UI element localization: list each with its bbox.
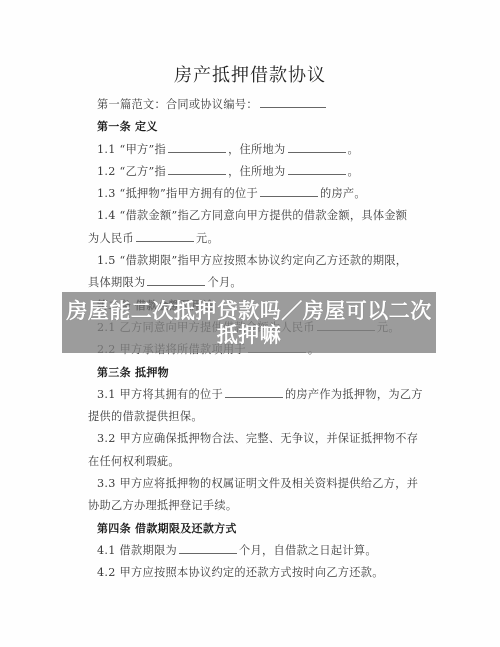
blank-field — [225, 389, 283, 398]
line-text: 。 — [348, 143, 360, 156]
blank-field — [260, 99, 326, 108]
blank-field — [136, 233, 194, 242]
line-text: 的房产。 — [320, 187, 366, 200]
blank-field — [168, 166, 226, 175]
line-text: 1.4 “借款金额”指乙方同意向甲方提供的借款金额，具体金额 — [97, 209, 407, 222]
overlay-title-banner: 房屋能二次抵押贷款吗／房屋可以二次抵押嘛 — [62, 292, 436, 353]
clause-3-3-continued: 协助乙方办理抵押登记手续。 — [88, 495, 409, 517]
line-text: 具体期限为 — [88, 276, 145, 289]
line-text: 1.3 “抵押物”指甲方拥有的位于 — [97, 187, 258, 200]
line-text: 4.2 甲方应按照本协议约定的还款方式按时向乙方还款。 — [97, 566, 384, 579]
blank-field — [147, 277, 205, 286]
blank-field — [288, 144, 346, 153]
clause-1-4: 1.4 “借款金额”指乙方同意向甲方提供的借款金额，具体金额 — [97, 205, 409, 227]
line-text: 1.1 “甲方”指 — [97, 143, 166, 156]
line-text: 1.5 “借款期限”指甲方应按照本协议约定向乙方还款的期限， — [97, 254, 407, 267]
clause-3-2: 3.2 甲方应确保抵押物合法、完整、无争议，并保证抵押物不存 — [97, 428, 409, 450]
line-text: 为人民币 — [88, 232, 134, 245]
line-text: 第一篇范文：合同或协议编号： — [97, 98, 258, 111]
document-page: 房产抵押借款协议 第一篇范文：合同或协议编号： 第一条 定义 1.1 “甲方”指… — [0, 0, 500, 647]
clause-4-1: 4.1 借款期限为个月，自借款之日起计算。 — [97, 540, 409, 562]
blank-field — [168, 144, 226, 153]
line-text: 。 — [348, 165, 360, 178]
section-heading-3: 第三条 抵押物 — [97, 362, 409, 384]
document-title: 房产抵押借款协议 — [0, 61, 500, 87]
blank-field — [179, 545, 237, 554]
line-text: 3.3 甲方应将抵押物的权属证明文件及相关资料提供给乙方，并 — [97, 477, 418, 490]
clause-3-1-continued: 提供的借款提供担保。 — [88, 406, 409, 428]
line-text: 4.1 借款期限为 — [97, 544, 177, 557]
line-text: 元。 — [196, 232, 219, 245]
line-text: ，住所地为 — [228, 143, 285, 156]
clause-1-1: 1.1 “甲方”指，住所地为。 — [97, 139, 409, 161]
line-text: 在任何权利瑕疵。 — [88, 455, 180, 468]
clause-1-5: 1.5 “借款期限”指甲方应按照本协议约定向乙方还款的期限， — [97, 250, 409, 272]
contract-number-line: 第一篇范文：合同或协议编号： — [97, 94, 409, 116]
section-heading-4: 第四条 借款期限及还款方式 — [97, 518, 409, 540]
overlay-title-text: 房屋能二次抵押贷款吗／房屋可以二次抵押嘛 — [62, 299, 436, 347]
clause-4-2: 4.2 甲方应按照本协议约定的还款方式按时向乙方还款。 — [97, 562, 409, 584]
clause-1-4-continued: 为人民币元。 — [88, 228, 409, 250]
clause-3-3: 3.3 甲方应将抵押物的权属证明文件及相关资料提供给乙方，并 — [97, 473, 409, 495]
blank-field — [288, 166, 346, 175]
line-text: 3.1 甲方将其拥有的位于 — [97, 388, 223, 401]
clause-1-2: 1.2 “乙方”指，住所地为。 — [97, 161, 409, 183]
section-heading-1: 第一条 定义 — [97, 116, 409, 138]
line-text: 个月。 — [207, 276, 241, 289]
line-text: 的房产作为抵押物，为乙方 — [285, 388, 423, 401]
blank-field — [260, 188, 318, 197]
line-text: 提供的借款提供担保。 — [88, 410, 203, 423]
line-text: 3.2 甲方应确保抵押物合法、完整、无争议，并保证抵押物不存 — [97, 432, 418, 445]
line-text: 协助乙方办理抵押登记手续。 — [88, 499, 237, 512]
clause-1-3: 1.3 “抵押物”指甲方拥有的位于的房产。 — [97, 183, 409, 205]
line-text: 1.2 “乙方”指 — [97, 165, 166, 178]
line-text: ，住所地为 — [228, 165, 285, 178]
line-text: 个月，自借款之日起计算。 — [239, 544, 377, 557]
clause-3-2-continued: 在任何权利瑕疵。 — [88, 451, 409, 473]
clause-3-1: 3.1 甲方将其拥有的位于的房产作为抵押物，为乙方 — [97, 384, 409, 406]
